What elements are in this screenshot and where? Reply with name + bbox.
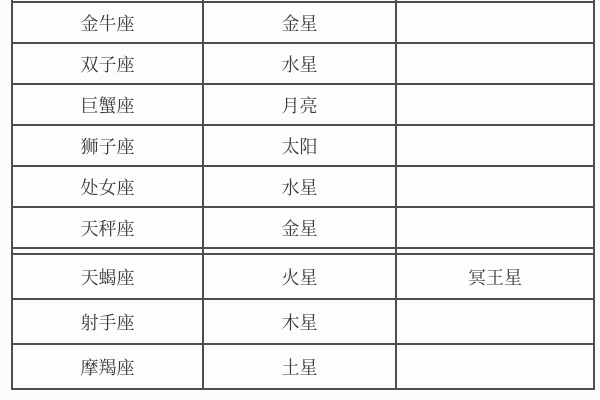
sign-cell: 金牛座 <box>12 2 203 43</box>
extra-cell <box>396 2 594 43</box>
table-row: 金牛座 金星 <box>12 2 594 43</box>
table-row: 处女座 水星 <box>12 166 594 207</box>
sign-cell: 处女座 <box>12 166 203 207</box>
planet-cell: 水星 <box>203 166 396 207</box>
sign-cell: 狮子座 <box>12 125 203 166</box>
sign-cell: 摩羯座 <box>12 344 203 389</box>
table-row: 狮子座 太阳 <box>12 125 594 166</box>
planet-cell: 土星 <box>203 344 396 389</box>
zodiac-ruler-table: 金牛座 金星 双子座 水星 巨蟹座 月亮 狮子座 太阳 处女座 水星 <box>11 0 595 390</box>
extra-cell: 冥王星 <box>396 254 594 299</box>
planet-cell: 金星 <box>203 2 396 43</box>
planet-cell: 金星 <box>203 207 396 248</box>
extra-cell <box>396 43 594 84</box>
planet-cell: 水星 <box>203 43 396 84</box>
extra-cell <box>396 166 594 207</box>
table-row: 天秤座 金星 <box>12 207 594 248</box>
table-row: 摩羯座 土星 <box>12 344 594 389</box>
planet-cell: 木星 <box>203 299 396 344</box>
table-row: 巨蟹座 月亮 <box>12 84 594 125</box>
planet-cell: 火星 <box>203 254 396 299</box>
sign-cell: 射手座 <box>12 299 203 344</box>
screenshot-root: 金牛座 金星 双子座 水星 巨蟹座 月亮 狮子座 太阳 处女座 水星 <box>0 0 600 400</box>
planet-cell: 太阳 <box>203 125 396 166</box>
sign-cell: 巨蟹座 <box>12 84 203 125</box>
extra-cell <box>396 299 594 344</box>
extra-cell <box>396 125 594 166</box>
extra-cell <box>396 344 594 389</box>
sign-cell: 双子座 <box>12 43 203 84</box>
planet-cell: 月亮 <box>203 84 396 125</box>
extra-cell <box>396 207 594 248</box>
sign-cell: 天蝎座 <box>12 254 203 299</box>
table-row: 天蝎座 火星 冥王星 <box>12 254 594 299</box>
table-row: 射手座 木星 <box>12 299 594 344</box>
sign-cell: 天秤座 <box>12 207 203 248</box>
table-row: 双子座 水星 <box>12 43 594 84</box>
extra-cell <box>396 84 594 125</box>
